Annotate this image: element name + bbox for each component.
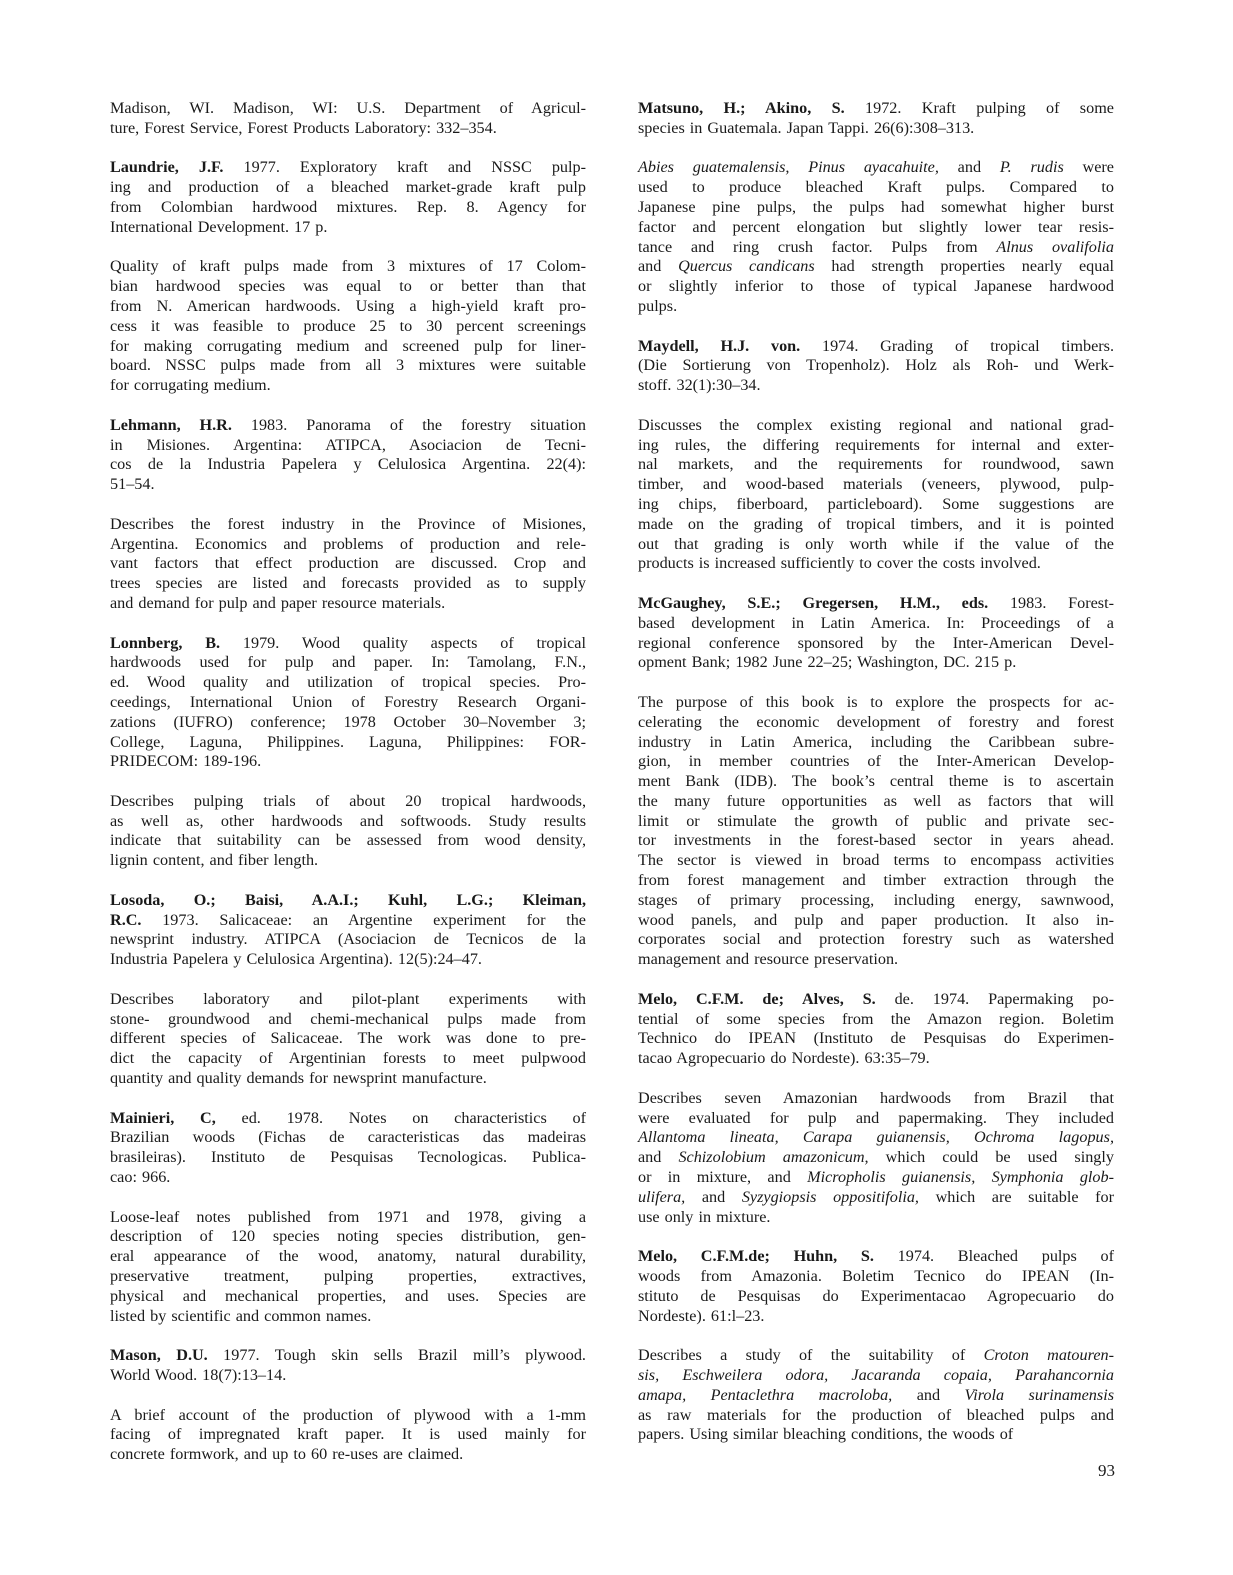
- text-segment: timber, and wood-based materials (veneer…: [638, 475, 1114, 493]
- text-line: from Colombian hardwood mixtures. Rep. 8…: [110, 198, 586, 218]
- citation-entry: Laundrie, J.F. 1977. Exploratory kraft a…: [110, 158, 586, 237]
- text-line: as raw materials for the production of b…: [638, 1406, 1114, 1426]
- text-line: College, Laguna, Philippines. Laguna, Ph…: [110, 733, 586, 753]
- text-line: made on the grading of tropical timbers,…: [638, 515, 1114, 535]
- text-segment: papers. Using similar bleaching conditio…: [638, 1425, 1013, 1443]
- text-line: Argentina. Economics and problems of pro…: [110, 535, 586, 555]
- text-line: corporates social and protection forestr…: [638, 930, 1114, 950]
- citation-entry: Madison, WI. Madison, WI: U.S. Departmen…: [110, 99, 586, 139]
- text-segment: stages of primary processing, including …: [638, 891, 1114, 909]
- citation-entry: Mainieri, C, ed. 1978. Notes on characte…: [110, 1109, 586, 1188]
- text-segment: industry in Latin America, including the…: [638, 733, 1114, 751]
- text-segment: (Die Sortierung von Tropenholz). Holz al…: [638, 356, 1114, 374]
- text-line: and Quercus candicans had strength prope…: [638, 257, 1114, 277]
- text-segment: ture, Forest Service, Forest Products La…: [110, 119, 497, 137]
- text-segment: stoff. 32(1):30–34.: [638, 376, 761, 394]
- text-line: concrete formwork, and up to 60 re-uses …: [110, 1445, 586, 1465]
- text-line: facing of impregnated kraft paper. It is…: [110, 1425, 586, 1445]
- text-segment: Technico do IPEAN (Instituto de Pesquisa…: [638, 1029, 1114, 1047]
- text-segment: were evaluated for pulp and papermaking.…: [638, 1109, 1114, 1127]
- text-line: vant factors that effect production are …: [110, 554, 586, 574]
- text-segment: and: [638, 257, 678, 275]
- text-line: Quality of kraft pulps made from 3 mixtu…: [110, 257, 586, 277]
- text-line: Technico do IPEAN (Instituto de Pesquisa…: [638, 1029, 1114, 1049]
- author-names: Laundrie, J.F.: [110, 158, 223, 176]
- text-line: Describes pulping trials of about 20 tro…: [110, 792, 586, 812]
- abstract-paragraph: Describes a study of the suitability of …: [638, 1346, 1114, 1445]
- text-line: hardwoods used for pulp and paper. In: T…: [110, 653, 586, 673]
- text-segment: concrete formwork, and up to 60 re-uses …: [110, 1445, 463, 1463]
- text-line: ture, Forest Service, Forest Products La…: [110, 119, 586, 139]
- text-segment: use only in mixture.: [638, 1208, 770, 1226]
- author-names: Melo, C.F.M. de; Alves, S.: [638, 990, 876, 1008]
- author-names: Maydell, H.J. von.: [638, 337, 800, 355]
- text-line: species in Guatemala. Japan Tappi. 26(6)…: [638, 119, 1114, 139]
- text-segment: and: [892, 1386, 964, 1404]
- text-segment: woods from Amazonia. Boletim Tecnico do …: [638, 1267, 1114, 1285]
- text-segment: had strength properties nearly equal: [815, 257, 1114, 275]
- text-line: or in mixture, and Micropholis guianensi…: [638, 1168, 1114, 1188]
- text-line: limit or stimulate the growth of public …: [638, 812, 1114, 832]
- abstract-paragraph: Describes laboratory and pilot-plant exp…: [110, 990, 586, 1089]
- text-segment: regional conference sponsored by the Int…: [638, 634, 1114, 652]
- text-segment: 1979. Wood quality aspects of tropical: [220, 634, 586, 652]
- species-name: Micropholis guianensis, Symphonia glob-: [807, 1168, 1114, 1186]
- species-name: ulifera,: [638, 1188, 685, 1206]
- text-line: lignin content, and fiber length.: [110, 851, 586, 871]
- text-line: the many future opportunities as well as…: [638, 792, 1114, 812]
- text-line: bian hardwood species was equal to or be…: [110, 277, 586, 297]
- text-segment: ing rules, the differing requirements fo…: [638, 436, 1114, 454]
- text-line: trees species are listed and forecasts p…: [110, 574, 586, 594]
- text-segment: 1974. Grading of tropical timbers.: [800, 337, 1114, 355]
- text-line: wood panels, and pulp and paper producti…: [638, 911, 1114, 931]
- text-line: stages of primary processing, including …: [638, 891, 1114, 911]
- text-line: Describes seven Amazonian hardwoods from…: [638, 1089, 1114, 1109]
- text-line: pulps.: [638, 297, 1114, 317]
- species-name: Abies guatemalensis, Pinus ayacahuite,: [638, 158, 939, 176]
- text-line: Industria Papelera y Celulosica Argentin…: [110, 950, 586, 970]
- species-name: Schizolobium amazonicum,: [678, 1148, 868, 1166]
- text-line: factor and percent elongation but slight…: [638, 218, 1114, 238]
- text-segment: ment Bank (IDB). The book’s central them…: [638, 772, 1114, 790]
- text-segment: made on the grading of tropical timbers,…: [638, 515, 1114, 533]
- text-line: The purpose of this book is to explore t…: [638, 693, 1114, 713]
- species-name: Quercus candicans: [678, 257, 815, 275]
- text-line: Allantoma lineata, Carapa guianensis, Oc…: [638, 1128, 1114, 1148]
- right-column: Matsuno, H.; Akino, S. 1972. Kraft pulpi…: [638, 99, 1114, 1465]
- text-segment: as well as, other hardwoods and softwood…: [110, 812, 586, 830]
- text-line: in Misiones. Argentina: ATIPCA, Asociaci…: [110, 436, 586, 456]
- text-line: Loose-leaf notes published from 1971 and…: [110, 1208, 586, 1228]
- abstract-paragraph: Discusses the complex existing regional …: [638, 416, 1114, 574]
- text-segment: bian hardwood species was equal to or be…: [110, 277, 586, 295]
- text-segment: listed by scientific and common names.: [110, 1307, 371, 1325]
- text-line: World Wood. 18(7):13–14.: [110, 1366, 586, 1386]
- text-segment: Madison, WI. Madison, WI: U.S. Departmen…: [110, 99, 586, 117]
- text-line: ing and production of a bleached market-…: [110, 178, 586, 198]
- text-line: cos de la Industria Papelera y Celulosic…: [110, 455, 586, 475]
- text-segment: factor and percent elongation but slight…: [638, 218, 1114, 236]
- text-segment: 1974. Bleached pulps of: [874, 1247, 1114, 1265]
- text-segment: tential of some species from the Amazon …: [638, 1010, 1114, 1028]
- text-line: Describes laboratory and pilot-plant exp…: [110, 990, 586, 1010]
- text-segment: Describes pulping trials of about 20 tro…: [110, 792, 586, 810]
- text-line: brasileiras). Instituto de Pesquisas Tec…: [110, 1148, 586, 1168]
- text-line: stone- groundwood and chemi-mechanical p…: [110, 1010, 586, 1030]
- left-column: Madison, WI. Madison, WI: U.S. Departmen…: [110, 99, 586, 1485]
- text-line: Losoda, O.; Baisi, A.A.I.; Kuhl, L.G.; K…: [110, 891, 586, 911]
- species-name: Alnus ovalifolia: [996, 238, 1114, 256]
- species-name: Virola surinamensis: [965, 1386, 1114, 1404]
- text-segment: 1983. Panorama of the forestry situation: [232, 416, 586, 434]
- text-segment: based development in Latin America. In: …: [638, 614, 1114, 632]
- text-line: tacao Agropecuario do Nordeste). 63:35–7…: [638, 1049, 1114, 1069]
- text-line: Laundrie, J.F. 1977. Exploratory kraft a…: [110, 158, 586, 178]
- text-line: Describes a study of the suitability of …: [638, 1346, 1114, 1366]
- text-segment: ing and production of a bleached market-…: [110, 178, 586, 196]
- text-line: management and resource preservation.: [638, 950, 1114, 970]
- species-name: Croton matouren-: [984, 1346, 1114, 1364]
- text-line: based development in Latin America. In: …: [638, 614, 1114, 634]
- text-line: description of 120 species noting specie…: [110, 1227, 586, 1247]
- text-segment: Quality of kraft pulps made from 3 mixtu…: [110, 257, 586, 275]
- text-segment: for making corrugating medium and screen…: [110, 337, 586, 355]
- text-line: Melo, C.F.M.de; Huhn, S. 1974. Bleached …: [638, 1247, 1114, 1267]
- text-segment: from N. American hardwoods. Using a high…: [110, 297, 586, 315]
- text-segment: trees species are listed and forecasts p…: [110, 574, 586, 592]
- text-line: from N. American hardwoods. Using a high…: [110, 297, 586, 317]
- text-line: Lehmann, H.R. 1983. Panorama of the fore…: [110, 416, 586, 436]
- text-segment: International Development. 17 p.: [110, 218, 327, 236]
- text-segment: physical and mechanical properties, and …: [110, 1287, 586, 1305]
- text-segment: quantity and quality demands for newspri…: [110, 1069, 487, 1087]
- text-segment: opment Bank; 1982 June 22–25; Washington…: [638, 653, 1016, 671]
- text-segment: Discusses the complex existing regional …: [638, 416, 1114, 434]
- text-segment: facing of impregnated kraft paper. It is…: [110, 1425, 586, 1443]
- text-line: opment Bank; 1982 June 22–25; Washington…: [638, 653, 1114, 673]
- text-line: industry in Latin America, including the…: [638, 733, 1114, 753]
- text-line: stituto de Pesquisas do Experimentacao A…: [638, 1287, 1114, 1307]
- citation-entry: Mason, D.U. 1977. Tough skin sells Brazi…: [110, 1346, 586, 1386]
- species-name: Syzygiopsis oppositifolia,: [742, 1188, 919, 1206]
- text-segment: tacao Agropecuario do Nordeste). 63:35–7…: [638, 1049, 930, 1067]
- author-names: McGaughey, S.E.; Gregersen, H.M., eds.: [638, 594, 988, 612]
- text-segment: wood panels, and pulp and paper producti…: [638, 911, 1114, 929]
- species-name: amapa, Pentaclethra macroloba,: [638, 1386, 892, 1404]
- text-line: different species of Salicaceae. The wor…: [110, 1029, 586, 1049]
- text-segment: and: [685, 1188, 742, 1206]
- text-segment: in Misiones. Argentina: ATIPCA, Asociaci…: [110, 436, 586, 454]
- text-line: celerating the economic development of f…: [638, 713, 1114, 733]
- text-line: and Schizolobium amazonicum, which could…: [638, 1148, 1114, 1168]
- citation-entry: McGaughey, S.E.; Gregersen, H.M., eds. 1…: [638, 594, 1114, 673]
- text-segment: ed. Wood quality and utilization of trop…: [110, 673, 586, 691]
- abstract-paragraph: Quality of kraft pulps made from 3 mixtu…: [110, 257, 586, 396]
- species-name: Allantoma lineata, Carapa guianensis, Oc…: [638, 1128, 1114, 1146]
- text-line: timber, and wood-based materials (veneer…: [638, 475, 1114, 495]
- text-line: quantity and quality demands for newspri…: [110, 1069, 586, 1089]
- citation-entry: Lonnberg, B. 1979. Wood quality aspects …: [110, 634, 586, 773]
- text-line: board. NSSC pulps made from all 3 mixtur…: [110, 356, 586, 376]
- text-segment: brasileiras). Instituto de Pesquisas Tec…: [110, 1148, 586, 1166]
- text-line: Discusses the complex existing regional …: [638, 416, 1114, 436]
- text-segment: products is increased sufficiently to co…: [638, 554, 1041, 572]
- text-segment: tance and ring crush factor. Pulps from: [638, 238, 996, 256]
- text-line: and demand for pulp and paper resource m…: [110, 594, 586, 614]
- abstract-paragraph: The purpose of this book is to explore t…: [638, 693, 1114, 970]
- text-line: for making corrugating medium and screen…: [110, 337, 586, 357]
- text-segment: as raw materials for the production of b…: [638, 1406, 1114, 1424]
- text-segment: Describes the forest industry in the Pro…: [110, 515, 586, 533]
- text-line: (Die Sortierung von Tropenholz). Holz al…: [638, 356, 1114, 376]
- text-line: gion, in member countries of the Inter-A…: [638, 752, 1114, 772]
- text-line: ing rules, the differing requirements fo…: [638, 436, 1114, 456]
- text-line: tor investments in the forest-based sect…: [638, 831, 1114, 851]
- text-line: A brief account of the production of ply…: [110, 1406, 586, 1426]
- text-segment: Describes laboratory and pilot-plant exp…: [110, 990, 586, 1008]
- text-line: Maydell, H.J. von. 1974. Grading of trop…: [638, 337, 1114, 357]
- text-line: Mason, D.U. 1977. Tough skin sells Brazi…: [110, 1346, 586, 1366]
- text-segment: corporates social and protection forestr…: [638, 930, 1114, 948]
- text-segment: cao: 966.: [110, 1168, 170, 1186]
- text-line: papers. Using similar bleaching conditio…: [638, 1425, 1114, 1445]
- text-segment: from forest management and timber extrac…: [638, 871, 1114, 889]
- text-segment: and demand for pulp and paper resource m…: [110, 594, 445, 612]
- text-line: ment Bank (IDB). The book’s central them…: [638, 772, 1114, 792]
- abstract-paragraph: Abies guatemalensis, Pinus ayacahuite, a…: [638, 158, 1114, 316]
- text-segment: were: [1064, 158, 1114, 176]
- text-segment: celerating the economic development of f…: [638, 713, 1114, 731]
- text-segment: species in Guatemala. Japan Tappi. 26(6)…: [638, 119, 974, 137]
- text-line: dict the capacity of Argentinian forests…: [110, 1049, 586, 1069]
- text-segment: Brazilian woods (Fichas de caracteristic…: [110, 1128, 586, 1146]
- text-line: woods from Amazonia. Boletim Tecnico do …: [638, 1267, 1114, 1287]
- text-line: were evaluated for pulp and papermaking.…: [638, 1109, 1114, 1129]
- text-segment: The purpose of this book is to explore t…: [638, 693, 1114, 711]
- author-names: Losoda, O.; Baisi, A.A.I.; Kuhl, L.G.; K…: [110, 891, 586, 909]
- text-line: indicate that suitability can be assesse…: [110, 831, 586, 851]
- text-segment: out that grading is only worth while if …: [638, 535, 1114, 553]
- text-segment: vant factors that effect production are …: [110, 554, 586, 572]
- text-line: tential of some species from the Amazon …: [638, 1010, 1114, 1030]
- author-names: Melo, C.F.M.de; Huhn, S.: [638, 1247, 874, 1265]
- text-segment: 1983. Forest-: [988, 594, 1114, 612]
- text-segment: hardwoods used for pulp and paper. In: T…: [110, 653, 586, 671]
- species-name: P. rudis: [1000, 158, 1064, 176]
- text-line: Japanese pine pulps, the pulps had somew…: [638, 198, 1114, 218]
- text-segment: which are suitable for: [919, 1188, 1114, 1206]
- text-segment: which could be used singly: [869, 1148, 1114, 1166]
- text-segment: indicate that suitability can be assesse…: [110, 831, 586, 849]
- text-segment: stituto de Pesquisas do Experimentacao A…: [638, 1287, 1114, 1305]
- text-segment: newsprint industry. ATIPCA (Asociacion d…: [110, 930, 586, 948]
- text-line: preservative treatment, pulping properti…: [110, 1267, 586, 1287]
- text-line: Lonnberg, B. 1979. Wood quality aspects …: [110, 634, 586, 654]
- text-segment: A brief account of the production of ply…: [110, 1406, 586, 1424]
- author-names: Lehmann, H.R.: [110, 416, 232, 434]
- text-line: or slightly inferior to those of typical…: [638, 277, 1114, 297]
- text-line: listed by scientific and common names.: [110, 1307, 586, 1327]
- text-line: International Development. 17 p.: [110, 218, 586, 238]
- text-line: ceedings, International Union of Forestr…: [110, 693, 586, 713]
- author-names: Mainieri, C,: [110, 1109, 216, 1127]
- text-segment: 1973. Salicaceae: an Argentine experimen…: [141, 911, 586, 929]
- text-segment: preservative treatment, pulping properti…: [110, 1267, 586, 1285]
- page-number: 93: [1098, 1461, 1115, 1481]
- text-segment: World Wood. 18(7):13–14.: [110, 1366, 286, 1384]
- text-line: McGaughey, S.E.; Gregersen, H.M., eds. 1…: [638, 594, 1114, 614]
- text-segment: board. NSSC pulps made from all 3 mixtur…: [110, 356, 586, 374]
- text-line: PRIDECOM: 189-196.: [110, 752, 586, 772]
- citation-entry: Lehmann, H.R. 1983. Panorama of the fore…: [110, 416, 586, 495]
- text-segment: Industria Papelera y Celulosica Argentin…: [110, 950, 482, 968]
- citation-entry: Maydell, H.J. von. 1974. Grading of trop…: [638, 337, 1114, 396]
- text-line: nal markets, and the requirements for ro…: [638, 455, 1114, 475]
- text-segment: Loose-leaf notes published from 1971 and…: [110, 1208, 586, 1226]
- abstract-paragraph: Loose-leaf notes published from 1971 and…: [110, 1208, 586, 1327]
- text-segment: from Colombian hardwood mixtures. Rep. 8…: [110, 198, 586, 216]
- text-segment: tor investments in the forest-based sect…: [638, 831, 1114, 849]
- abstract-paragraph: Describes pulping trials of about 20 tro…: [110, 792, 586, 871]
- text-segment: College, Laguna, Philippines. Laguna, Ph…: [110, 733, 586, 751]
- text-line: as well as, other hardwoods and softwood…: [110, 812, 586, 832]
- abstract-paragraph: Describes seven Amazonian hardwoods from…: [638, 1089, 1114, 1228]
- citation-entry: Melo, C.F.M. de; Alves, S. de. 1974. Pap…: [638, 990, 1114, 1069]
- species-name: sis, Eschweilera odora, Jacaranda copaia…: [638, 1366, 1114, 1384]
- text-segment: cos de la Industria Papelera y Celulosic…: [110, 455, 586, 473]
- text-line: ing chips, fiberboard, particleboard). S…: [638, 495, 1114, 515]
- text-line: products is increased sufficiently to co…: [638, 554, 1114, 574]
- text-segment: ceedings, International Union of Forestr…: [110, 693, 586, 711]
- text-line: Brazilian woods (Fichas de caracteristic…: [110, 1128, 586, 1148]
- text-segment: 51–54.: [110, 475, 155, 493]
- text-line: sis, Eschweilera odora, Jacaranda copaia…: [638, 1366, 1114, 1386]
- text-segment: The sector is viewed in broad terms to e…: [638, 851, 1114, 869]
- text-line: ed. Wood quality and utilization of trop…: [110, 673, 586, 693]
- text-segment: PRIDECOM: 189-196.: [110, 752, 261, 770]
- citation-entry: Matsuno, H.; Akino, S. 1972. Kraft pulpi…: [638, 99, 1114, 139]
- text-segment: Describes a study of the suitability of: [638, 1346, 984, 1364]
- author-names: Matsuno, H.; Akino, S.: [638, 99, 845, 117]
- text-line: physical and mechanical properties, and …: [110, 1287, 586, 1307]
- text-line: regional conference sponsored by the Int…: [638, 634, 1114, 654]
- text-segment: ing chips, fiberboard, particleboard). S…: [638, 495, 1114, 513]
- text-segment: cess it was feasible to produce 25 to 30…: [110, 317, 586, 335]
- text-line: newsprint industry. ATIPCA (Asociacion d…: [110, 930, 586, 950]
- text-segment: 1977. Exploratory kraft and NSSC pulp-: [223, 158, 586, 176]
- text-line: from forest management and timber extrac…: [638, 871, 1114, 891]
- abstract-paragraph: A brief account of the production of ply…: [110, 1406, 586, 1465]
- text-segment: gion, in member countries of the Inter-A…: [638, 752, 1114, 770]
- text-segment: and: [638, 1148, 678, 1166]
- text-segment: for corrugating medium.: [110, 376, 271, 394]
- text-line: cess it was feasible to produce 25 to 30…: [110, 317, 586, 337]
- text-line: R.C. 1973. Salicaceae: an Argentine expe…: [110, 911, 586, 931]
- text-segment: ed. 1978. Notes on characteristics of: [216, 1109, 586, 1127]
- text-line: cao: 966.: [110, 1168, 586, 1188]
- author-names: R.C.: [110, 911, 141, 929]
- text-line: tance and ring crush factor. Pulps from …: [638, 238, 1114, 258]
- text-segment: limit or stimulate the growth of public …: [638, 812, 1114, 830]
- text-segment: dict the capacity of Argentinian forests…: [110, 1049, 586, 1067]
- text-segment: stone- groundwood and chemi-mechanical p…: [110, 1010, 586, 1028]
- text-line: use only in mixture.: [638, 1208, 1114, 1228]
- text-line: amapa, Pentaclethra macroloba, and Virol…: [638, 1386, 1114, 1406]
- text-line: Matsuno, H.; Akino, S. 1972. Kraft pulpi…: [638, 99, 1114, 119]
- text-line: Nordeste). 61:l–23.: [638, 1307, 1114, 1327]
- text-line: used to produce bleached Kraft pulps. Co…: [638, 178, 1114, 198]
- text-segment: used to produce bleached Kraft pulps. Co…: [638, 178, 1114, 196]
- text-line: ulifera, and Syzygiopsis oppositifolia, …: [638, 1188, 1114, 1208]
- citation-entry: Melo, C.F.M.de; Huhn, S. 1974. Bleached …: [638, 1247, 1114, 1326]
- text-segment: Argentina. Economics and problems of pro…: [110, 535, 586, 553]
- text-segment: management and resource preservation.: [638, 950, 898, 968]
- text-line: for corrugating medium.: [110, 376, 586, 396]
- author-names: Lonnberg, B.: [110, 634, 220, 652]
- text-segment: Describes seven Amazonian hardwoods from…: [638, 1089, 1114, 1107]
- text-segment: or in mixture, and: [638, 1168, 807, 1186]
- text-segment: the many future opportunities as well as…: [638, 792, 1114, 810]
- text-segment: pulps.: [638, 297, 677, 315]
- text-line: eral appearance of the wood, anatomy, na…: [110, 1247, 586, 1267]
- text-segment: nal markets, and the requirements for ro…: [638, 455, 1114, 473]
- text-line: out that grading is only worth while if …: [638, 535, 1114, 555]
- author-names: Mason, D.U.: [110, 1346, 208, 1364]
- text-segment: or slightly inferior to those of typical…: [638, 277, 1114, 295]
- text-segment: lignin content, and fiber length.: [110, 851, 318, 869]
- text-line: Mainieri, C, ed. 1978. Notes on characte…: [110, 1109, 586, 1129]
- text-line: Melo, C.F.M. de; Alves, S. de. 1974. Pap…: [638, 990, 1114, 1010]
- abstract-paragraph: Describes the forest industry in the Pro…: [110, 515, 586, 614]
- text-segment: Japanese pine pulps, the pulps had somew…: [638, 198, 1114, 216]
- text-line: 51–54.: [110, 475, 586, 495]
- text-line: The sector is viewed in broad terms to e…: [638, 851, 1114, 871]
- citation-entry: Losoda, O.; Baisi, A.A.I.; Kuhl, L.G.; K…: [110, 891, 586, 970]
- text-segment: 1972. Kraft pulping of some: [845, 99, 1114, 117]
- text-segment: 1977. Tough skin sells Brazil mill’s ply…: [208, 1346, 586, 1364]
- text-segment: different species of Salicaceae. The wor…: [110, 1029, 586, 1047]
- text-line: Madison, WI. Madison, WI: U.S. Departmen…: [110, 99, 586, 119]
- text-line: zations (IUFRO) conference; 1978 October…: [110, 713, 586, 733]
- text-line: Abies guatemalensis, Pinus ayacahuite, a…: [638, 158, 1114, 178]
- text-segment: and: [939, 158, 1000, 176]
- text-line: stoff. 32(1):30–34.: [638, 376, 1114, 396]
- text-segment: zations (IUFRO) conference; 1978 October…: [110, 713, 586, 731]
- text-segment: de. 1974. Papermaking po-: [876, 990, 1114, 1008]
- text-line: Describes the forest industry in the Pro…: [110, 515, 586, 535]
- text-segment: eral appearance of the wood, anatomy, na…: [110, 1247, 586, 1265]
- text-segment: description of 120 species noting specie…: [110, 1227, 586, 1245]
- text-segment: Nordeste). 61:l–23.: [638, 1307, 764, 1325]
